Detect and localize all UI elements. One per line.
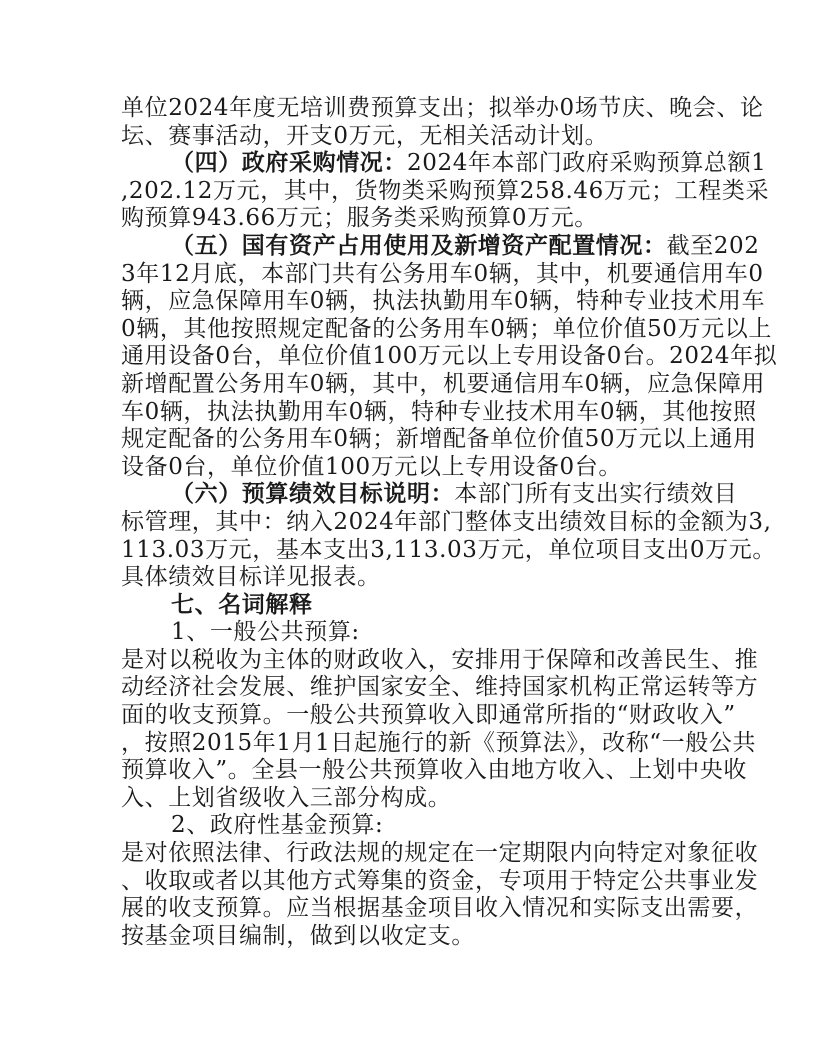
- text-line: 规定配备的公务用车0辆；新增配备单位价值50万元以上通用: [121, 426, 701, 454]
- text-line: 坛、赛事活动，开支0万元，无相关活动计划。: [121, 123, 701, 151]
- text-line: 是对以税收为主体的财政收入，安排用于保障和改善民生、推: [121, 647, 701, 675]
- text-line: 是对依照法律、行政法规的规定在一定期限内向特定对象征收: [121, 840, 701, 868]
- section-heading: （六）预算绩效目标说明：: [171, 481, 454, 507]
- paragraph-training-tail: 单位2024年度无培训费预算支出；拟举办0场节庆、晚会、论 坛、赛事活动，开支0…: [121, 95, 701, 150]
- text-line: 展的收支预算。应当根据基金项目收入情况和实际支出需要，: [121, 895, 701, 923]
- text-line: 单位2024年度无培训费预算支出；拟举办0场节庆、晚会、论: [121, 95, 701, 123]
- text-line: 、收取或者以其他方式筹集的资金，专项用于特定公共事业发: [121, 868, 701, 896]
- text-line: 动经济社会发展、维护国家安全、维持国家机构正常运转等方: [121, 674, 701, 702]
- section-title: 七、名词解释: [121, 592, 701, 620]
- text-line: 新增配置公务用车0辆，其中，机要通信用车0辆，应急保障用: [121, 371, 701, 399]
- text-run: 2024年本部门政府采购预算总额1: [407, 150, 766, 176]
- paragraph-performance: （六）预算绩效目标说明：本部门所有支出实行绩效目 标管理，其中：纳入2024年部…: [121, 481, 701, 591]
- text-line: 面的收支预算。一般公共预算收入即通常所指的“财政收入”: [121, 702, 701, 730]
- text-line: （四）政府采购情况：2024年本部门政府采购预算总额1: [121, 150, 701, 178]
- term-heading: 1、一般公共预算:: [121, 619, 701, 647]
- text-run: 本部门所有支出实行绩效目: [454, 481, 737, 507]
- text-line: 辆，应急保障用车0辆，执法执勤用车0辆，特种专业技术用车: [121, 288, 701, 316]
- text-line: 通用设备0台，单位价值100万元以上专用设备0台。2024年拟: [121, 343, 701, 371]
- paragraph-fund-budget: 2、政府性基金预算: 是对依照法律、行政法规的规定在一定期限内向特定对象征收 、…: [121, 812, 701, 950]
- text-line: 标管理，其中：纳入2024年部门整体支出绩效目标的金额为3,: [121, 509, 701, 537]
- section-heading: （五）国有资产占用使用及新增资产配置情况：: [171, 233, 667, 259]
- text-line: 设备0台，单位价值100万元以上专用设备0台。: [121, 454, 701, 482]
- text-line: 预算收入”。全县一般公共预算收入由地方收入、上划中央收: [121, 757, 701, 785]
- text-line: 购预算943.66万元；服务类采购预算0万元。: [121, 205, 701, 233]
- paragraph-state-assets: （五）国有资产占用使用及新增资产配置情况：截至202 3年12月底，本部门共有公…: [121, 233, 701, 481]
- text-line: 0辆，其他按照规定配备的公务用车0辆；单位价值50万元以上: [121, 316, 701, 344]
- paragraph-procurement: （四）政府采购情况：2024年本部门政府采购预算总额1 ,202.12万元，其中…: [121, 150, 701, 233]
- section-7-title: 七、名词解释: [121, 592, 701, 620]
- paragraph-general-budget: 1、一般公共预算: 是对以税收为主体的财政收入，安排用于保障和改善民生、推 动经…: [121, 619, 701, 812]
- text-line: ，按照2015年1月1日起施行的新《预算法》，改称“一般公共: [121, 730, 701, 758]
- term-heading: 2、政府性基金预算:: [121, 812, 701, 840]
- text-line: 入、上划省级收入三部分构成。: [121, 785, 701, 813]
- text-line: 具体绩效目标详见报表。: [121, 564, 701, 592]
- text-line: 3年12月底，本部门共有公务用车0辆，其中，机要通信用车0: [121, 261, 701, 289]
- section-heading: （四）政府采购情况：: [171, 150, 407, 176]
- text-line: 按基金项目编制，做到以收定支。: [121, 923, 701, 951]
- text-line: 车0辆，执法执勤用车0辆，特种专业技术用车0辆，其他按照: [121, 399, 701, 427]
- document-page: 单位2024年度无培训费预算支出；拟举办0场节庆、晚会、论 坛、赛事活动，开支0…: [121, 95, 701, 950]
- text-line: （五）国有资产占用使用及新增资产配置情况：截至202: [121, 233, 701, 261]
- text-line: ,202.12万元，其中，货物类采购预算258.46万元；工程类采: [121, 178, 701, 206]
- text-line: 113.03万元，基本支出3,113.03万元，单位项目支出0万元。: [121, 537, 701, 565]
- text-run: 截至202: [667, 233, 760, 259]
- text-line: （六）预算绩效目标说明：本部门所有支出实行绩效目: [121, 481, 701, 509]
